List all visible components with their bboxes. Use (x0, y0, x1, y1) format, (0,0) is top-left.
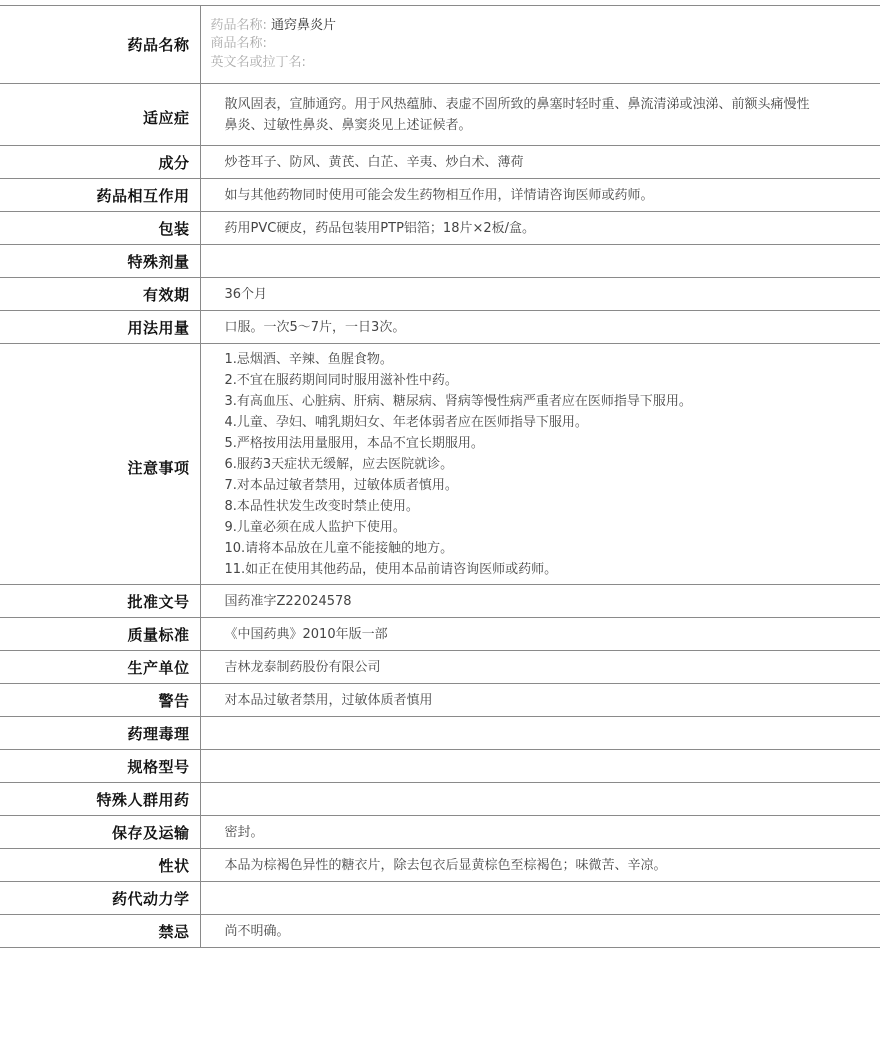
row-label: 药代动力学 (0, 882, 200, 915)
row-value (200, 750, 880, 783)
row-value (200, 245, 880, 278)
row-label: 质量标准 (0, 618, 200, 651)
english-name-key: 英文名或拉丁名: (211, 55, 306, 70)
precautions-list: 1.忌烟酒、辛辣、鱼腥食物。 2.不宜在服药期间同时服用滋补性中药。 3.有高血… (200, 344, 880, 585)
row-label: 成分 (0, 146, 200, 179)
row-ingredients: 成分 炒苍耳子、防风、黄芪、白芷、辛夷、炒白术、薄荷 (0, 146, 880, 179)
row-packaging: 包装 药用PVC硬皮，药品包装用PTP铝箔；18片×2板/盒。 (0, 212, 880, 245)
row-label: 批准文号 (0, 585, 200, 618)
row-warning: 警告 对本品过敏者禁用，过敏体质者慎用 (0, 684, 880, 717)
row-drug-name: 药品名称 药品名称: 通窍鼻炎片 商品名称: 英文名或拉丁名: (0, 6, 880, 84)
row-label: 生产单位 (0, 651, 200, 684)
drug-spec-sheet: 药品名称 药品名称: 通窍鼻炎片 商品名称: 英文名或拉丁名: 适应症 散风固表… (0, 5, 880, 948)
row-value: 36个月 (200, 278, 880, 311)
row-approval-number: 批准文号 国药准字Z22024578 (0, 585, 880, 618)
trade-name-key: 商品名称: (211, 36, 267, 51)
row-value (200, 783, 880, 816)
row-label: 包装 (0, 212, 200, 245)
row-quality-standard: 质量标准 《中国药典》2010年版一部 (0, 618, 880, 651)
precaution-item: 1.忌烟酒、辛辣、鱼腥食物。 (225, 349, 821, 370)
precaution-item: 2.不宜在服药期间同时服用滋补性中药。 (225, 370, 821, 391)
generic-name-key: 药品名称: (211, 18, 267, 33)
row-value: 国药准字Z22024578 (200, 585, 880, 618)
row-value: 散风固表，宣肺通窍。用于风热蕴肺、表虚不固所致的鼻塞时轻时重、鼻流清涕或浊涕、前… (200, 84, 880, 146)
row-shelf-life: 有效期 36个月 (0, 278, 880, 311)
row-value (200, 882, 880, 915)
row-interactions: 药品相互作用 如与其他药物同时使用可能会发生药物相互作用，详情请咨询医师或药师。 (0, 179, 880, 212)
row-value: 密封。 (200, 816, 880, 849)
row-label: 禁忌 (0, 915, 200, 948)
row-label: 性状 (0, 849, 200, 882)
row-value (200, 717, 880, 750)
row-special-population: 特殊人群用药 (0, 783, 880, 816)
precaution-item: 4.儿童、孕妇、哺乳期妇女、年老体弱者应在医师指导下服用。 (225, 412, 821, 433)
precaution-item: 10.请将本品放在儿童不能接触的地方。 (225, 538, 821, 559)
drug-spec-table: 药品名称 药品名称: 通窍鼻炎片 商品名称: 英文名或拉丁名: 适应症 散风固表… (0, 5, 880, 948)
precaution-item: 8.本品性状发生改变时禁止使用。 (225, 496, 821, 517)
row-value: 如与其他药物同时使用可能会发生药物相互作用，详情请咨询医师或药师。 (200, 179, 880, 212)
row-value: 口服。一次5～7片，一日3次。 (200, 311, 880, 344)
row-label: 规格型号 (0, 750, 200, 783)
row-label: 警告 (0, 684, 200, 717)
row-pharmacokinetics: 药代动力学 (0, 882, 880, 915)
row-value: 吉林龙泰制药股份有限公司 (200, 651, 880, 684)
row-label: 药理毒理 (0, 717, 200, 750)
precaution-item: 11.如正在使用其他药品，使用本品前请咨询医师或药师。 (225, 559, 821, 580)
row-label: 用法用量 (0, 311, 200, 344)
precaution-item: 5.严格按用法用量服用，本品不宜长期服用。 (225, 433, 821, 454)
precaution-item: 7.对本品过敏者禁用，过敏体质者慎用。 (225, 475, 821, 496)
precaution-item: 3.有高血压、心脏病、肝病、糖尿病、肾病等慢性病严重者应在医师指导下服用。 (225, 391, 821, 412)
row-contraindications: 禁忌 尚不明确。 (0, 915, 880, 948)
trade-name-line: 商品名称: (211, 35, 821, 54)
row-label: 药品相互作用 (0, 179, 200, 212)
row-value: 药用PVC硬皮，药品包装用PTP铝箔；18片×2板/盒。 (200, 212, 880, 245)
generic-name-line: 药品名称: 通窍鼻炎片 (211, 17, 821, 36)
row-value: 《中国药典》2010年版一部 (200, 618, 880, 651)
row-precautions: 注意事项 1.忌烟酒、辛辣、鱼腥食物。 2.不宜在服药期间同时服用滋补性中药。 … (0, 344, 880, 585)
row-label: 注意事项 (0, 344, 200, 585)
row-value: 对本品过敏者禁用，过敏体质者慎用 (200, 684, 880, 717)
row-indications: 适应症 散风固表，宣肺通窍。用于风热蕴肺、表虚不固所致的鼻塞时轻时重、鼻流清涕或… (0, 84, 880, 146)
row-label: 有效期 (0, 278, 200, 311)
row-pharmacology: 药理毒理 (0, 717, 880, 750)
drug-name-values: 药品名称: 通窍鼻炎片 商品名称: 英文名或拉丁名: (200, 6, 880, 84)
row-special-dose: 特殊剂量 (0, 245, 880, 278)
english-name-line: 英文名或拉丁名: (211, 54, 821, 73)
row-label: 保存及运输 (0, 816, 200, 849)
generic-name-value: 通窍鼻炎片 (271, 18, 336, 33)
row-spec-model: 规格型号 (0, 750, 880, 783)
row-label: 适应症 (0, 84, 200, 146)
row-storage: 保存及运输 密封。 (0, 816, 880, 849)
precaution-item: 6.服药3天症状无缓解，应去医院就诊。 (225, 454, 821, 475)
row-value: 炒苍耳子、防风、黄芪、白芷、辛夷、炒白术、薄荷 (200, 146, 880, 179)
row-appearance: 性状 本品为棕褐色异性的糖衣片，除去包衣后显黄棕色至棕褐色；味微苦、辛凉。 (0, 849, 880, 882)
row-label: 特殊人群用药 (0, 783, 200, 816)
row-label: 特殊剂量 (0, 245, 200, 278)
row-value: 本品为棕褐色异性的糖衣片，除去包衣后显黄棕色至棕褐色；味微苦、辛凉。 (200, 849, 880, 882)
row-label: 药品名称 (0, 6, 200, 84)
row-dosage: 用法用量 口服。一次5～7片，一日3次。 (0, 311, 880, 344)
row-value: 尚不明确。 (200, 915, 880, 948)
row-manufacturer: 生产单位 吉林龙泰制药股份有限公司 (0, 651, 880, 684)
precaution-item: 9.儿童必须在成人监护下使用。 (225, 517, 821, 538)
